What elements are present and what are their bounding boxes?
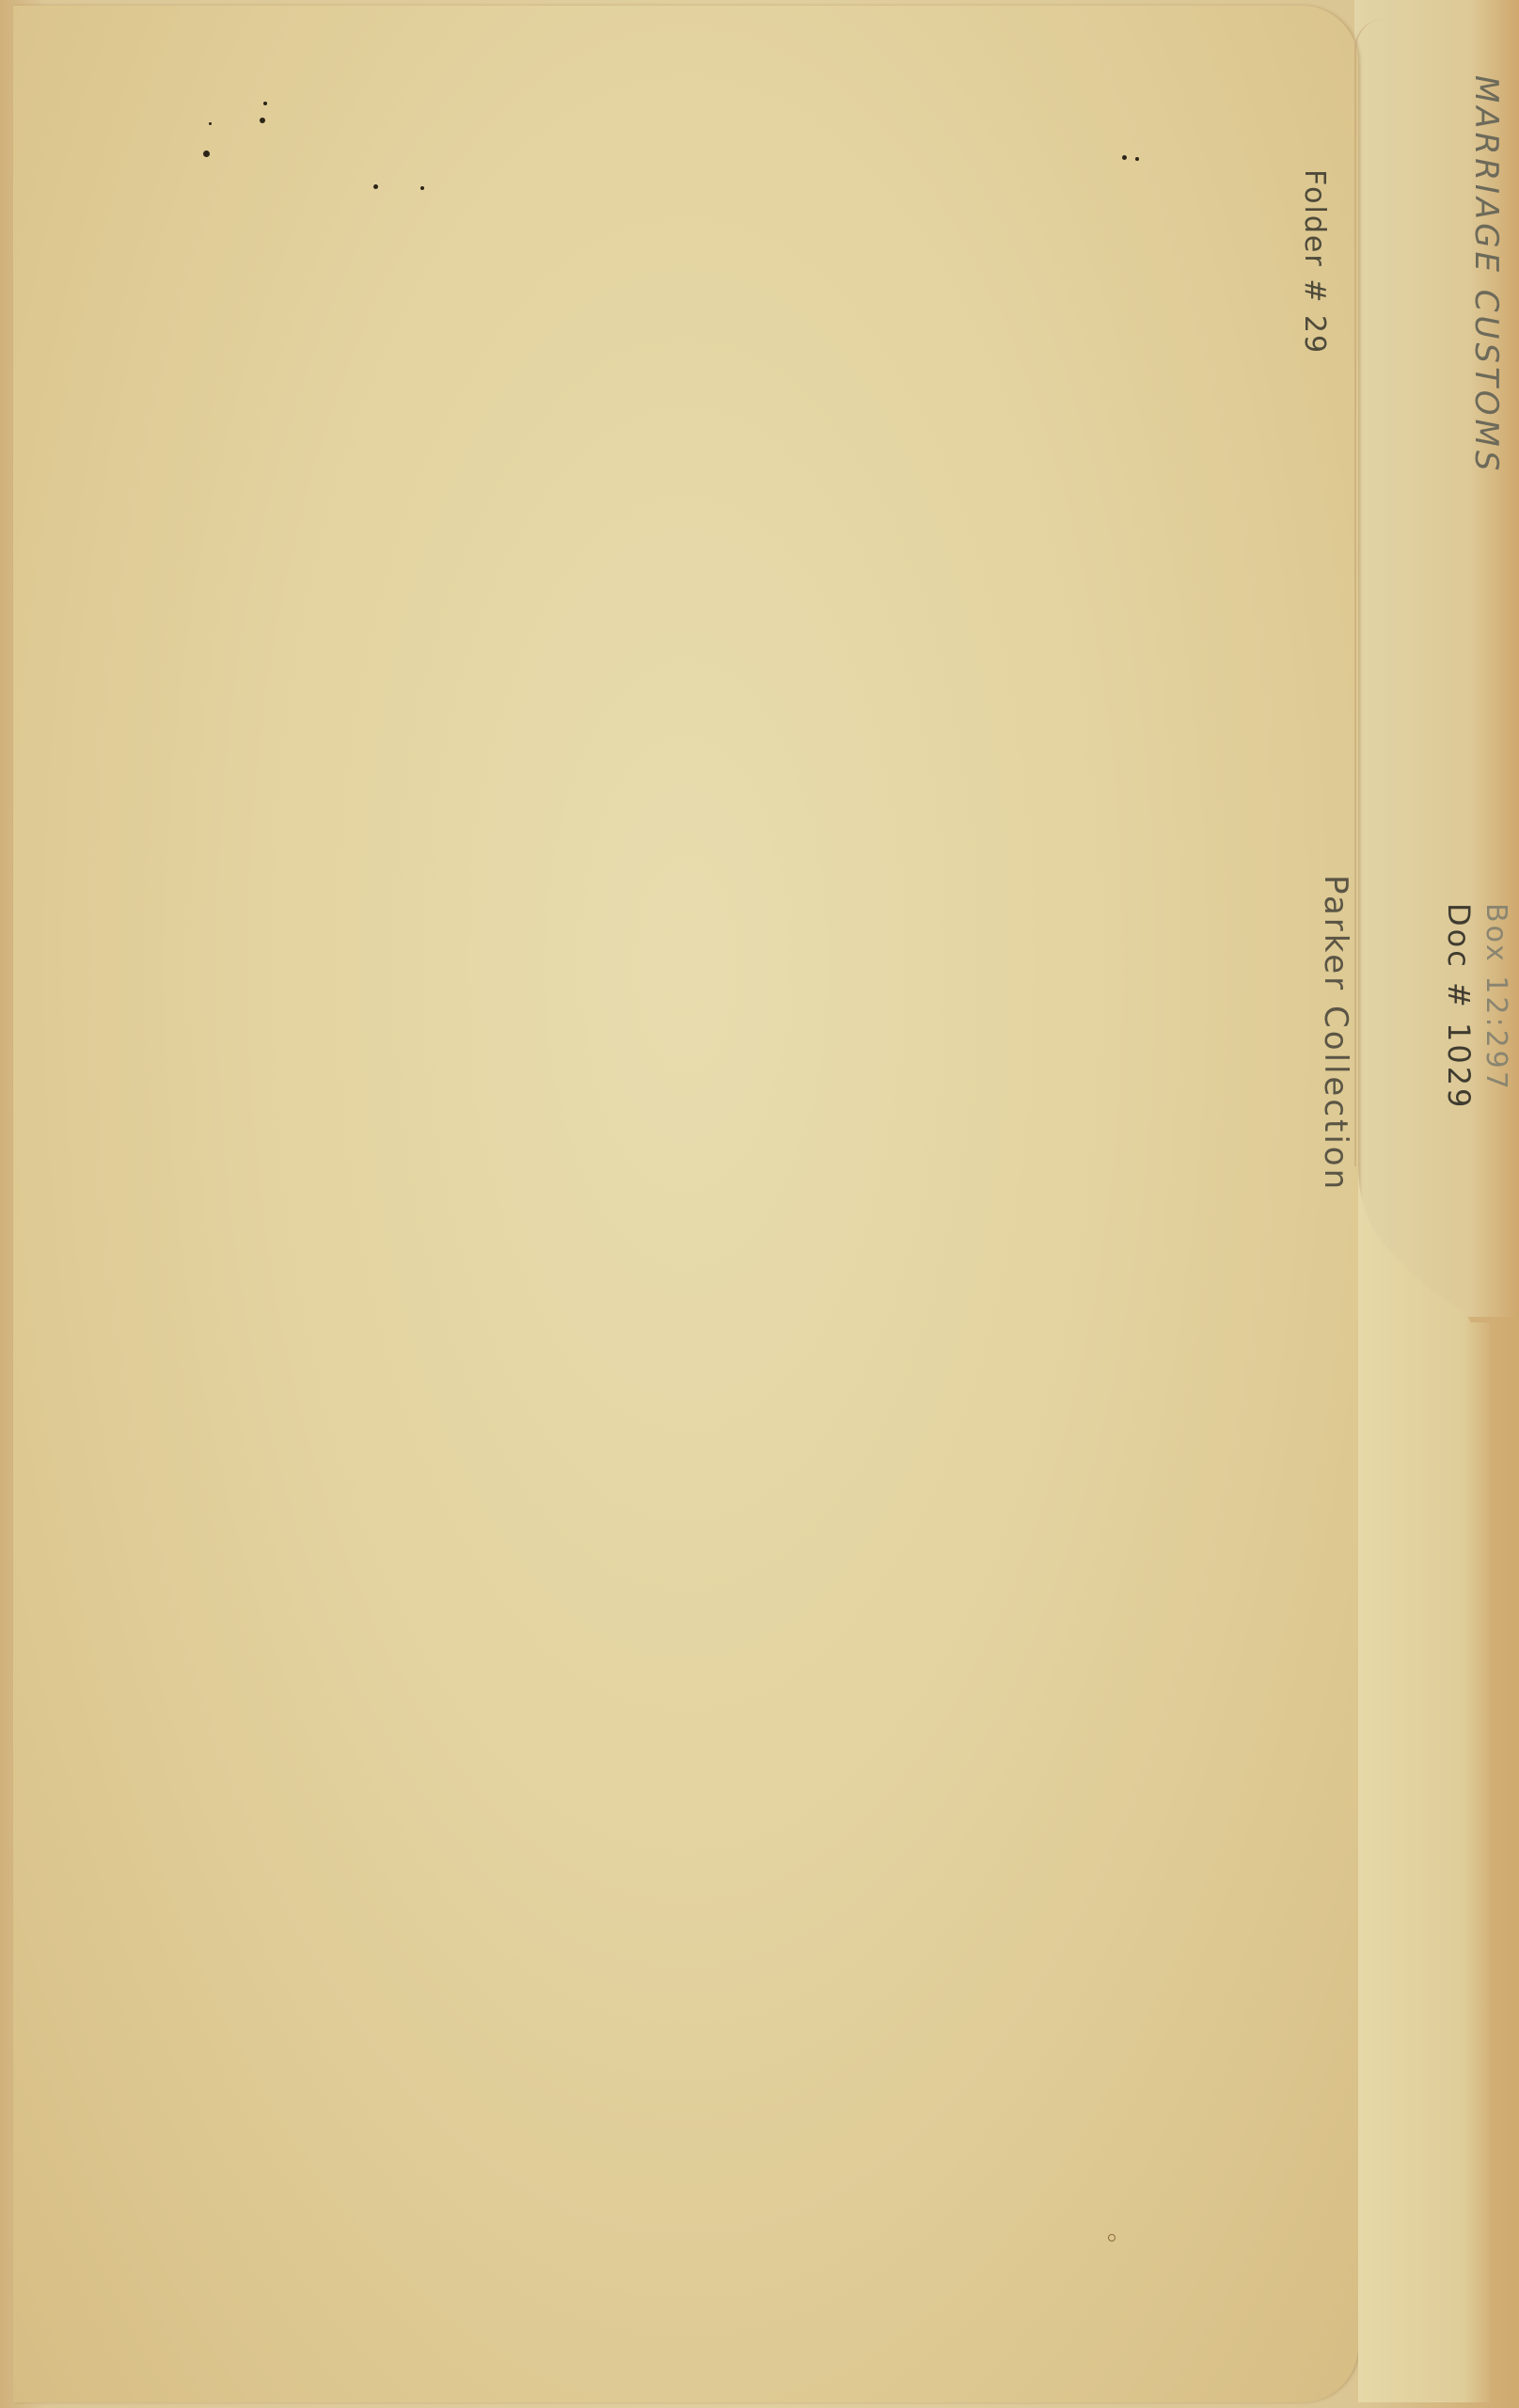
collection-name: Parker Collection	[1317, 875, 1354, 1192]
folder-tab-edge	[1354, 19, 1385, 1166]
speck	[373, 184, 378, 189]
speck	[203, 150, 210, 157]
speck	[263, 102, 267, 105]
speck	[1135, 157, 1139, 161]
speck	[209, 122, 212, 125]
speck	[260, 118, 265, 123]
speck	[420, 186, 424, 190]
folder-front-cover	[13, 6, 1358, 2402]
speck	[1108, 2234, 1116, 2242]
speck	[1122, 155, 1127, 160]
folder-number: Folder # 29	[1298, 169, 1331, 355]
tab-label: MARRIAGE CUSTOMS	[1467, 75, 1505, 474]
box-number: Box 12:297	[1479, 903, 1512, 1092]
doc-number: Doc # 1029	[1441, 903, 1477, 1110]
